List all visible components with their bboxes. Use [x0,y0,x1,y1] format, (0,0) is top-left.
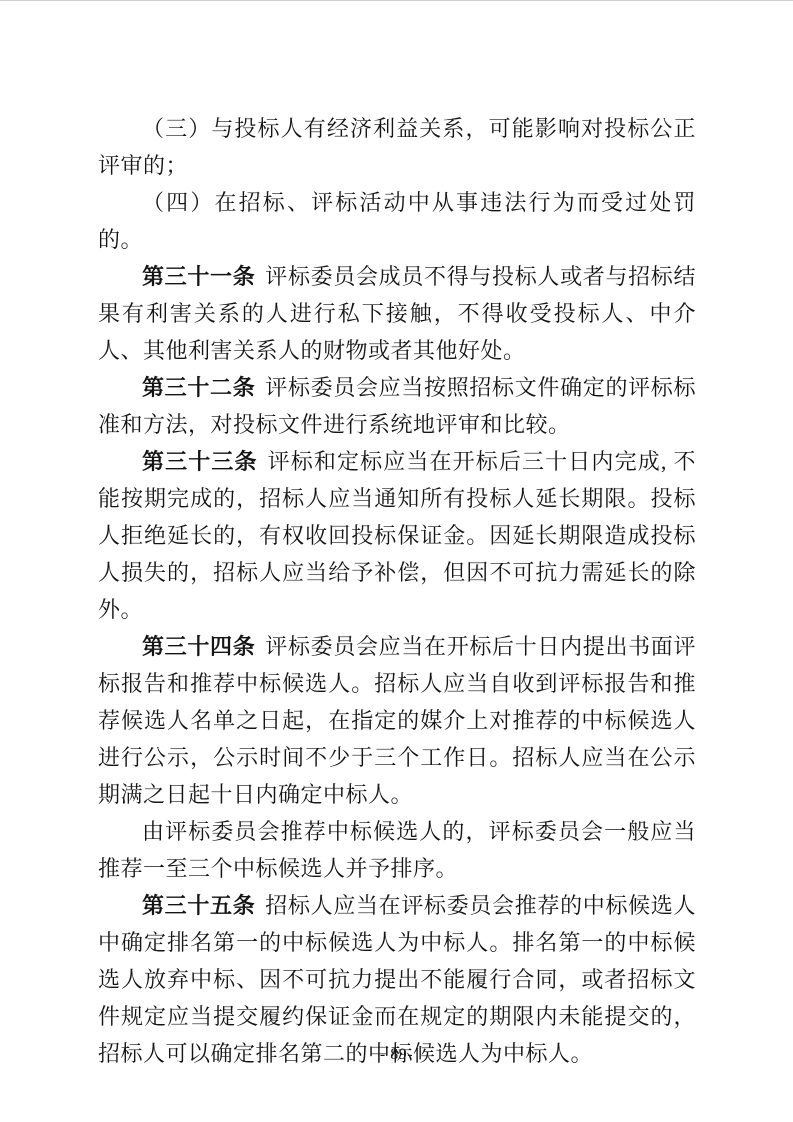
document-page: （三）与投标人有经济利益关系，可能影响对投标公正评审的； （四）在招标、评标活动… [0,0,793,1122]
article-number: 第三十四条 [142,634,255,659]
paragraph-text: 由评标委员会推荐中标候选人的，评标委员会一般应当推荐一至三个中标候选人并予排序。 [98,819,696,881]
document-body: （三）与投标人有经济利益关系，可能影响对投标公正评审的； （四）在招标、评标活动… [98,110,696,1072]
paragraph: （四）在招标、评标活动中从事违法行为而受过处罚的。 [98,184,696,258]
article-number: 第三十三条 [142,449,258,474]
paragraph: 第三十二条评标委员会应当按照招标文件确定的评标标准和方法，对投标文件进行系统地评… [98,369,696,443]
page-footer: - 89- [0,1046,793,1064]
paragraph: 第三十三条评标和定标应当在开标后三十日内完成, 不能按期完成的，招标人应当通知所… [98,443,696,628]
article-number: 第三十五条 [142,893,255,918]
paragraph-text: 招标人应当在评标委员会推荐的中标候选人中确定排名第一的中标候选人为中标人。排名第… [98,893,696,1066]
paragraph: 由评标委员会推荐中标候选人的，评标委员会一般应当推荐一至三个中标候选人并予排序。 [98,813,696,887]
paragraph: 第三十五条招标人应当在评标委员会推荐的中标候选人中确定排名第一的中标候选人为中标… [98,887,696,1072]
paragraph-text: （四）在招标、评标活动中从事违法行为而受过处罚的。 [98,190,696,252]
paragraph: 第三十一条评标委员会成员不得与投标人或者与招标结果有利害关系的人进行私下接触，不… [98,258,696,369]
article-number: 第三十一条 [142,264,255,289]
paragraph: 第三十四条评标委员会应当在开标后十日内提出书面评标报告和推荐中标候选人。招标人应… [98,628,696,813]
paragraph-text: 评标和定标应当在开标后三十日内完成, 不能按期完成的，招标人应当通知所有投标人延… [98,449,696,622]
paragraph: （三）与投标人有经济利益关系，可能影响对投标公正评审的； [98,110,696,184]
page-number: - 89- [380,1046,413,1063]
article-number: 第三十二条 [142,375,255,400]
paragraph-text: 评标委员会应当在开标后十日内提出书面评标报告和推荐中标候选人。招标人应当自收到评… [98,634,696,807]
paragraph-text: （三）与投标人有经济利益关系，可能影响对投标公正评审的； [98,116,696,178]
